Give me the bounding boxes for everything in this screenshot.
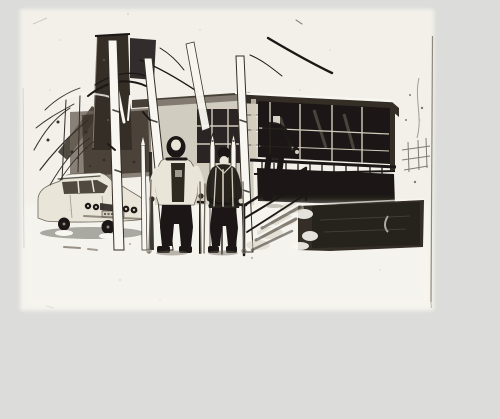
dark-retaining-wall	[291, 199, 424, 251]
glove	[198, 193, 203, 198]
photograph	[0, 0, 500, 419]
boot	[263, 195, 274, 201]
dust-speck	[127, 13, 129, 15]
dark-bib	[171, 163, 185, 202]
face	[171, 140, 181, 151]
porch-corner-post	[390, 106, 395, 170]
scanned-photo-page	[0, 0, 500, 419]
leg	[277, 158, 281, 186]
leg	[267, 157, 269, 192]
glassed-porch	[236, 93, 399, 206]
boot	[276, 187, 287, 193]
photo-mat	[0, 0, 500, 419]
